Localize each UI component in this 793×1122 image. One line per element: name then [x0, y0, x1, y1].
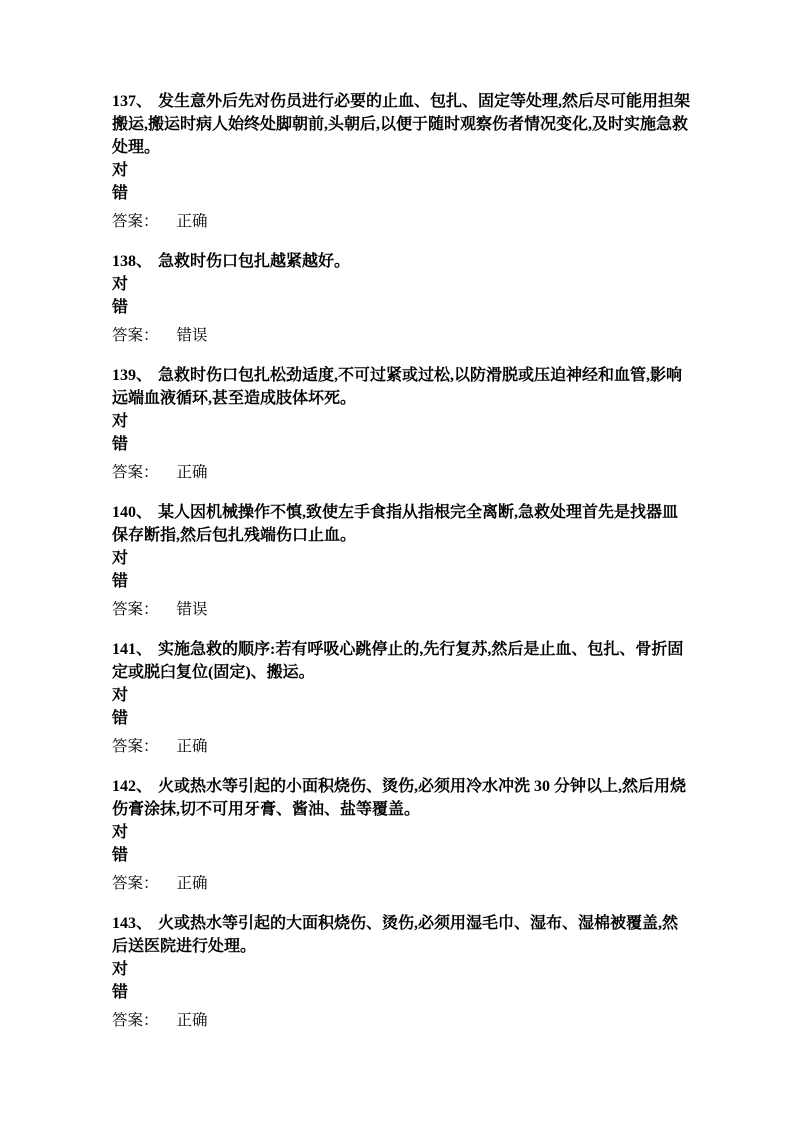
option-false: 错	[112, 433, 693, 456]
answer-value: 错误	[177, 327, 208, 344]
option-true: 对	[112, 821, 693, 844]
question-number: 138、	[112, 253, 152, 270]
option-false: 错	[112, 981, 693, 1004]
answer-label: 答案：	[112, 875, 159, 892]
question-text: 140、某人因机械操作不慎,致使左手食指从指根完全离断,急救处理首先是找器皿保存…	[112, 501, 693, 547]
question-text: 138、急救时伤口包扎越紧越好。	[112, 250, 693, 273]
question-block-137: 137、发生意外后先对伤员进行必要的止血、包扎、固定等处理,然后尽可能用担架搬运…	[112, 90, 693, 233]
option-false: 错	[112, 182, 693, 205]
question-body: 实施急救的顺序:若有呼吸心跳停止的,先行复苏,然后是止血、包扎、骨折固定或脱臼复…	[112, 641, 683, 681]
question-block-141: 141、实施急救的顺序:若有呼吸心跳停止的,先行复苏,然后是止血、包扎、骨折固定…	[112, 638, 693, 758]
option-true: 对	[112, 159, 693, 182]
answer-line: 答案：错误	[112, 599, 693, 621]
answer-line: 答案：正确	[112, 1010, 693, 1032]
answer-label: 答案：	[112, 213, 159, 230]
answer-value: 正确	[177, 875, 208, 892]
answer-line: 答案：正确	[112, 736, 693, 758]
answer-label: 答案：	[112, 464, 159, 481]
option-false: 错	[112, 844, 693, 867]
answer-value: 正确	[177, 213, 208, 230]
question-block-143: 143、火或热水等引起的大面积烧伤、烫伤,必须用湿毛巾、湿布、湿棉被覆盖,然后送…	[112, 912, 693, 1032]
question-block-140: 140、某人因机械操作不慎,致使左手食指从指根完全离断,急救处理首先是找器皿保存…	[112, 501, 693, 621]
question-text: 142、火或热水等引起的小面积烧伤、烫伤,必须用冷水冲洗 30 分钟以上,然后用…	[112, 775, 693, 821]
question-body: 急救时伤口包扎越紧越好。	[158, 253, 350, 270]
question-number: 141、	[112, 641, 152, 658]
answer-label: 答案：	[112, 601, 159, 618]
question-number: 137、	[112, 93, 152, 110]
answer-line: 答案：正确	[112, 462, 693, 484]
option-true: 对	[112, 684, 693, 707]
option-false: 错	[112, 570, 693, 593]
question-text: 141、实施急救的顺序:若有呼吸心跳停止的,先行复苏,然后是止血、包扎、骨折固定…	[112, 638, 693, 684]
option-false: 错	[112, 707, 693, 730]
option-true: 对	[112, 273, 693, 296]
question-number: 142、	[112, 778, 152, 795]
question-number: 139、	[112, 367, 152, 384]
question-body: 急救时伤口包扎松劲适度,不可过紧或过松,以防滑脱或压迫神经和血管,影响远端血液循…	[112, 367, 682, 407]
question-body: 火或热水等引起的大面积烧伤、烫伤,必须用湿毛巾、湿布、湿棉被覆盖,然后送医院进行…	[112, 915, 678, 955]
answer-line: 答案：正确	[112, 211, 693, 233]
option-true: 对	[112, 547, 693, 570]
option-false: 错	[112, 296, 693, 319]
answer-line: 答案：正确	[112, 873, 693, 895]
answer-label: 答案：	[112, 1012, 159, 1029]
answer-value: 正确	[177, 1012, 208, 1029]
answer-value: 正确	[177, 738, 208, 755]
option-true: 对	[112, 958, 693, 981]
question-block-138: 138、急救时伤口包扎越紧越好。 对 错 答案：错误	[112, 250, 693, 347]
question-text: 137、发生意外后先对伤员进行必要的止血、包扎、固定等处理,然后尽可能用担架搬运…	[112, 90, 693, 159]
question-body: 发生意外后先对伤员进行必要的止血、包扎、固定等处理,然后尽可能用担架搬运,搬运时…	[112, 93, 690, 156]
answer-value: 正确	[177, 464, 208, 481]
document-page: 137、发生意外后先对伤员进行必要的止血、包扎、固定等处理,然后尽可能用担架搬运…	[0, 0, 793, 1122]
question-text: 139、急救时伤口包扎松劲适度,不可过紧或过松,以防滑脱或压迫神经和血管,影响远…	[112, 364, 693, 410]
question-number: 140、	[112, 504, 152, 521]
question-text: 143、火或热水等引起的大面积烧伤、烫伤,必须用湿毛巾、湿布、湿棉被覆盖,然后送…	[112, 912, 693, 958]
answer-line: 答案：错误	[112, 325, 693, 347]
answer-label: 答案：	[112, 738, 159, 755]
answer-value: 错误	[177, 601, 208, 618]
question-number: 143、	[112, 915, 152, 932]
question-body: 某人因机械操作不慎,致使左手食指从指根完全离断,急救处理首先是找器皿保存断指,然…	[112, 504, 678, 544]
answer-label: 答案：	[112, 327, 159, 344]
option-true: 对	[112, 410, 693, 433]
question-body: 火或热水等引起的小面积烧伤、烫伤,必须用冷水冲洗 30 分钟以上,然后用烧伤膏涂…	[112, 778, 686, 818]
question-block-139: 139、急救时伤口包扎松劲适度,不可过紧或过松,以防滑脱或压迫神经和血管,影响远…	[112, 364, 693, 484]
question-block-142: 142、火或热水等引起的小面积烧伤、烫伤,必须用冷水冲洗 30 分钟以上,然后用…	[112, 775, 693, 895]
